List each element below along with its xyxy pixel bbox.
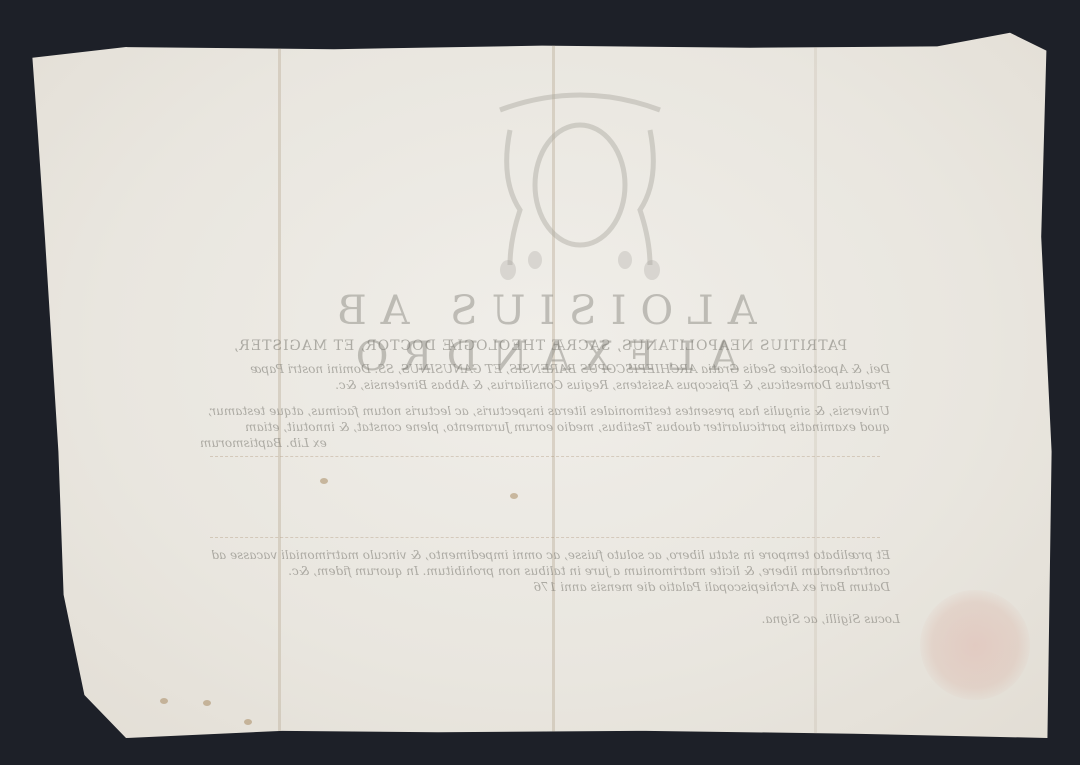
stain (510, 493, 518, 499)
embossed-crest (480, 90, 680, 280)
handwritten-entries (210, 456, 880, 538)
document-line: Prælatus Domesticus, & Episcopus Assiste… (200, 378, 890, 392)
document-paragraph: quod examinatis particulariter duobus Te… (200, 420, 890, 434)
document-subtitle: PATRITIUS NEAPOLITANUS, SACRÆ THEOLOGIÆ … (170, 338, 910, 354)
document-closing: Datum Bari ex Archiepiscopali Palatio di… (200, 580, 890, 594)
stain (203, 700, 211, 706)
document-line: Dei, & Apostolicæ Sedis Gratia ARCHIEPIS… (200, 362, 890, 376)
signature-line: Locus Sigilli, ac Signa. (640, 612, 900, 626)
stain (160, 698, 168, 704)
document-closing: Et prælibato tempore in statu libero, ac… (200, 548, 890, 562)
document-paragraph: Universis, & singulis has presentes test… (200, 404, 890, 418)
wax-seal-stain (920, 590, 1030, 700)
stain (320, 478, 328, 484)
document-paragraph: ex Lib. Baptismorum (200, 436, 890, 450)
stain (244, 719, 252, 725)
document-closing: contrahendum libere, & licite matrimoniu… (200, 564, 890, 578)
